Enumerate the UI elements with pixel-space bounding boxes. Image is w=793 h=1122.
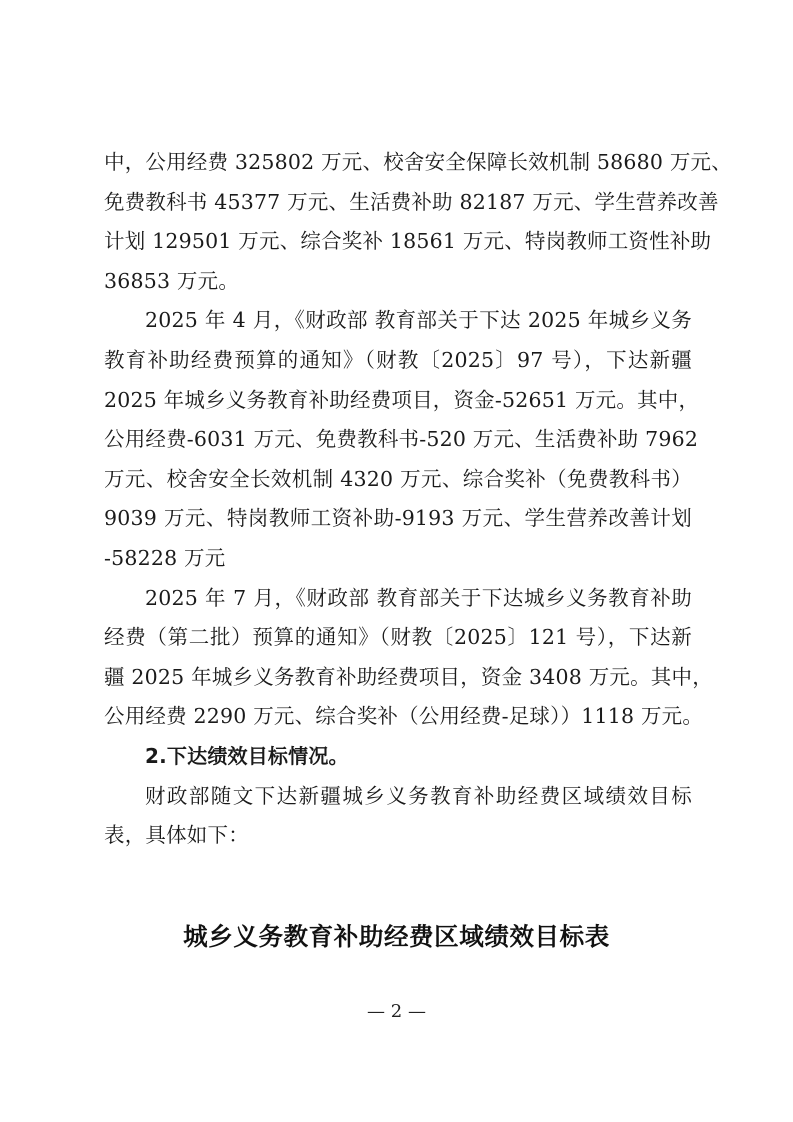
paragraph-funding-breakdown: 中，公用经费 325802 万元、校舍安全保障长效机制 58680 万元、 免费…: [104, 143, 692, 301]
text-line: 2025 年 7 月，《财政部 教育部关于下达城乡义务教育补助: [104, 579, 692, 619]
text-line: 疆 2025 年城乡义务教育补助经费项目，资金 3408 万元。其中，: [104, 658, 692, 698]
text-line: 万元、校舍安全长效机制 4320 万元、综合奖补（免费教科书）: [104, 460, 692, 500]
text-line: 公用经费 2290 万元、综合奖补（公用经费-足球））1118 万元。: [104, 697, 692, 737]
text-line: 教育补助经费预算的通知》（财教〔2025〕97 号），下达新疆: [104, 341, 692, 381]
paragraph-july-2025-allocation: 2025 年 7 月，《财政部 教育部关于下达城乡义务教育补助 经费（第二批）预…: [104, 579, 692, 737]
text-line: 财政部随文下达新疆城乡义务教育补助经费区域绩效目标: [104, 777, 692, 817]
text-line: 经费（第二批）预算的通知》（财教〔2025〕121 号），下达新: [104, 618, 692, 658]
table-title: 城乡义务教育补助经费区域绩效目标表: [0, 918, 793, 956]
text-line: -58228 万元: [104, 539, 692, 579]
body-text: 中，公用经费 325802 万元、校舍安全保障长效机制 58680 万元、 免费…: [104, 143, 692, 856]
section-heading: 2.下达绩效目标情况。: [104, 737, 692, 777]
page-number: — 2 —: [0, 998, 793, 1026]
text-line: 免费教科书 45377 万元、生活费补助 82187 万元、学生营养改善: [104, 183, 692, 223]
text-line: 计划 129501 万元、综合奖补 18561 万元、特岗教师工资性补助: [104, 222, 692, 262]
text-line: 2025 年城乡义务教育补助经费项目，资金-52651 万元。其中，: [104, 381, 692, 421]
text-line: 中，公用经费 325802 万元、校舍安全保障长效机制 58680 万元、: [104, 143, 692, 183]
text-line: 9039 万元、特岗教师工资补助-9193 万元、学生营养改善计划: [104, 499, 692, 539]
document-page: 中，公用经费 325802 万元、校舍安全保障长效机制 58680 万元、 免费…: [0, 0, 793, 1122]
text-line: 36853 万元。: [104, 262, 692, 302]
text-line: 公用经费-6031 万元、免费教科书-520 万元、生活费补助 7962: [104, 420, 692, 460]
text-line: 表，具体如下：: [104, 816, 692, 856]
text-line: 2025 年 4 月，《财政部 教育部关于下达 2025 年城乡义务: [104, 301, 692, 341]
paragraph-performance-goals: 财政部随文下达新疆城乡义务教育补助经费区域绩效目标 表，具体如下：: [104, 777, 692, 856]
paragraph-april-2025-allocation: 2025 年 4 月，《财政部 教育部关于下达 2025 年城乡义务 教育补助经…: [104, 301, 692, 578]
